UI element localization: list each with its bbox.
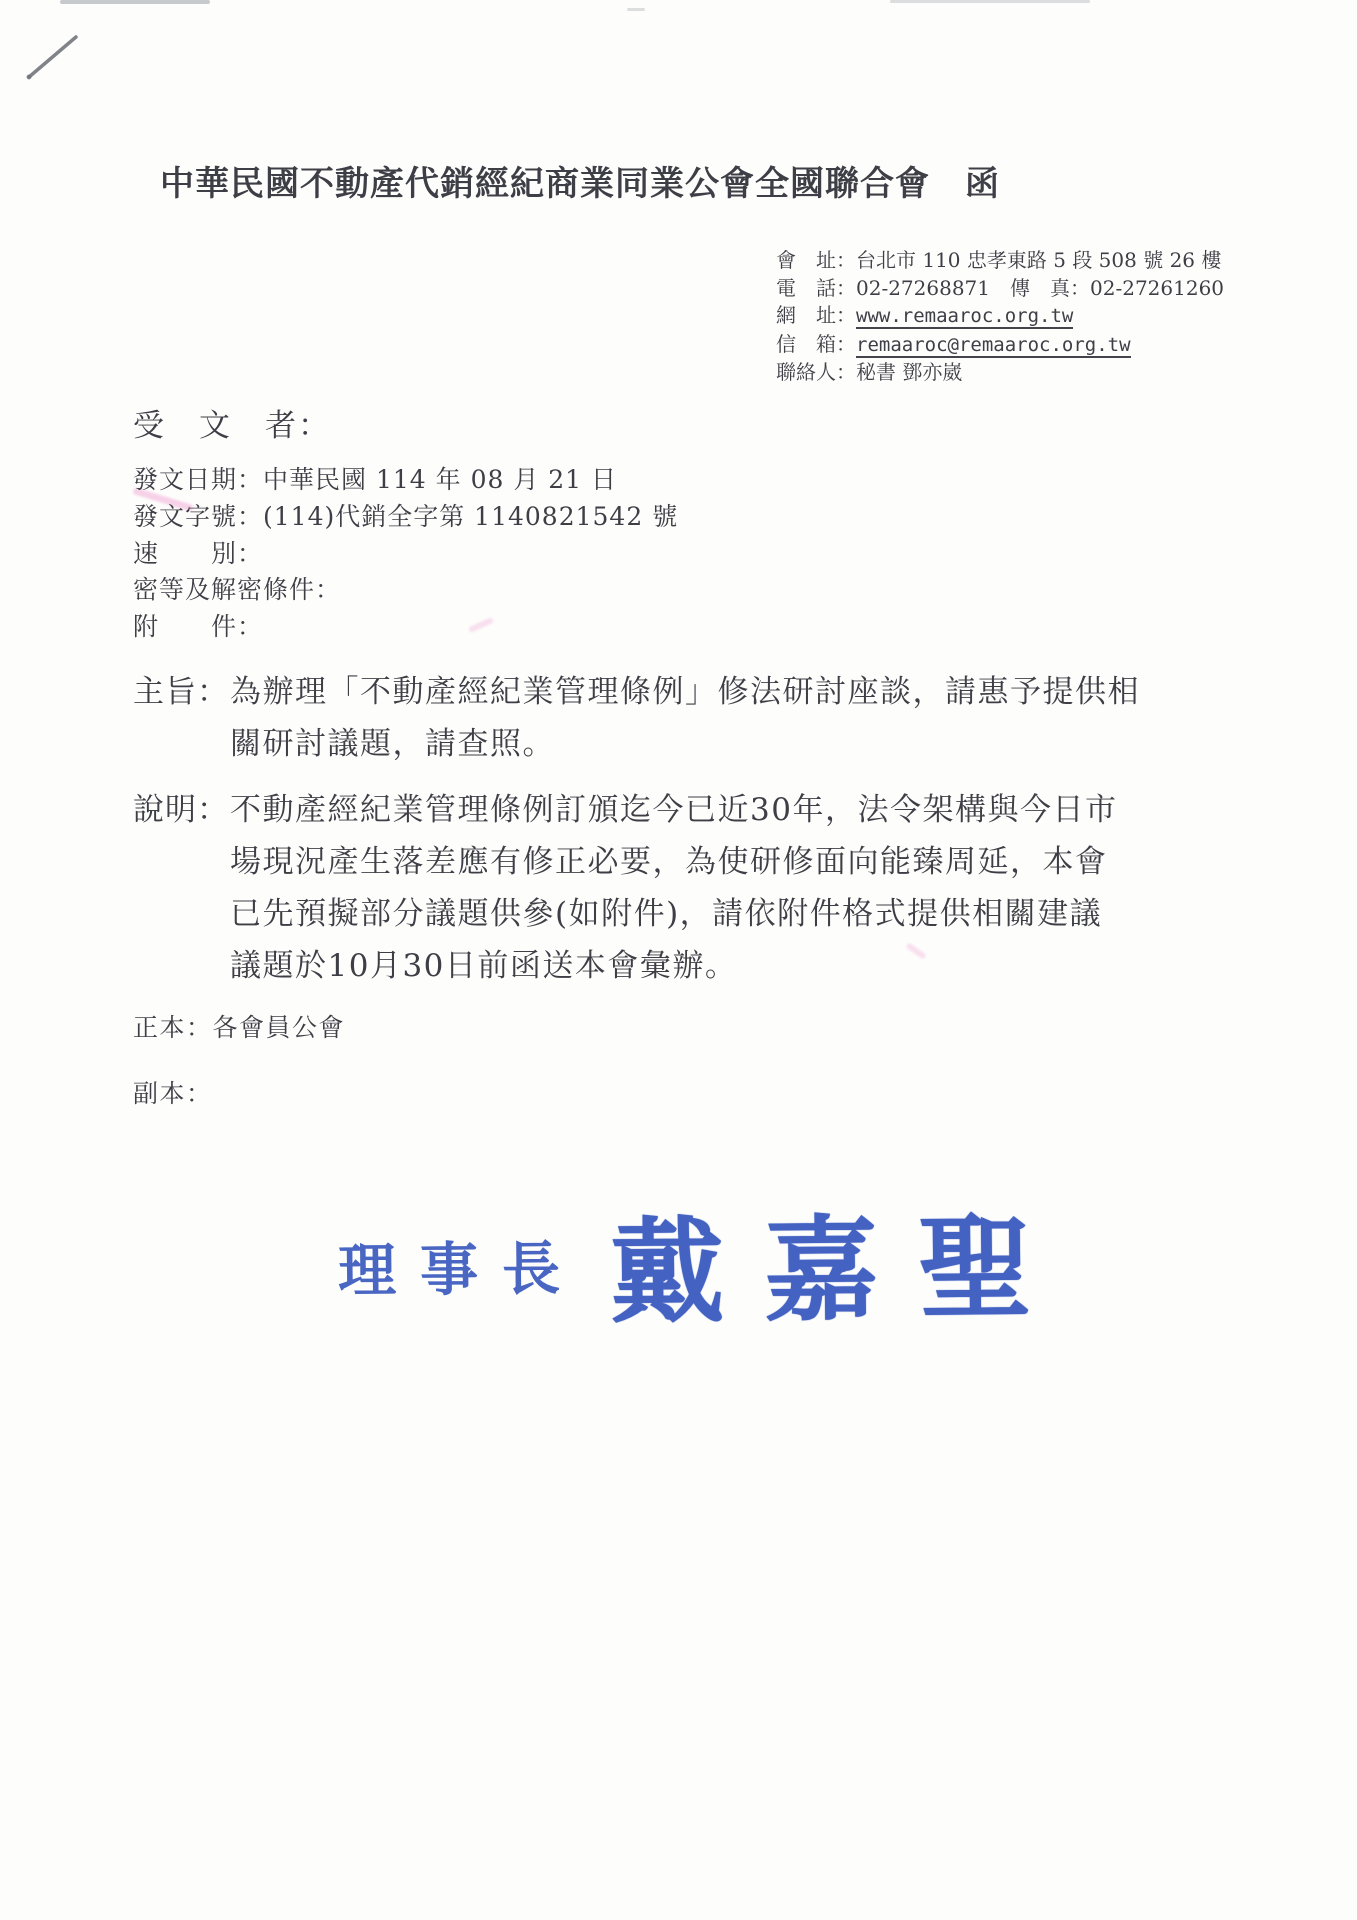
original-value: 各會員公會 [213,1013,346,1042]
email-label: 信 箱： [776,332,856,356]
subject-line: 關研討議題，請查照。 [230,718,1140,770]
contact-phone-fax-row: 電 話：02-27268871 傳 真：02-27261260 [776,275,1224,303]
copy-recipients-line: 副本： [133,1074,213,1110]
subject-line: 為辦理「不動產經紀業管理條例」修法研討座談，請惠予提供相 [230,666,1140,718]
original-label: 正本： [133,1013,213,1042]
contact-address-row: 會 址：台北市 110 忠孝東路 5 段 508 號 26 樓 [776,247,1224,275]
chairman-name-stamp: 戴嘉聖 [609,1176,1073,1345]
contact-email-row: 信 箱：remaaroc@remaaroc.org.tw [776,331,1224,360]
scan-smudge-top-left [60,0,210,4]
original-recipients-line: 正本：各會員公會 [133,1008,345,1044]
contact-person-value: 秘書 鄧亦崴 [856,360,962,384]
description-line: 已先預擬部分議題供參(如附件)，請依附件格式提供相關建議 [230,888,1117,940]
speed-label: 速 別： [133,539,263,568]
pencil-mark [0,0,120,100]
subject-block: 主旨： 為辦理「不動產經紀業管理條例」修法研討座談，請惠予提供相 關研討議題，請… [133,666,1140,770]
copy-label: 副本： [133,1079,213,1108]
contact-person-label: 聯絡人： [776,360,856,384]
website-label: 網 址： [776,303,856,327]
description-label: 說明： [133,784,230,836]
issue-date-line: 發文日期：中華民國 114 年 08 月 21 日 [133,462,678,499]
issue-date-value: 中華民國 114 年 08 月 21 日 [263,465,617,494]
contact-website-row: 網 址：www.remaaroc.org.tw [776,302,1224,331]
phone-label: 電 話： [776,276,856,300]
description-line: 不動產經紀業管理條例訂頒迄今已近30年，法令架構與今日市 [230,784,1117,836]
scanned-letter-page: 中華民國不動產代銷經紀商業同業公會全國聯合會 函 會 址：台北市 110 忠孝東… [0,0,1357,1920]
chairman-signature-stamp: 理事長 戴嘉聖 [337,1176,1073,1348]
doc-number-label: 發文字號： [133,502,263,531]
description-text: 不動產經紀業管理條例訂頒迄今已近30年，法令架構與今日市 場現況產生落差應有修正… [230,784,1117,992]
sender-contact-block: 會 址：台北市 110 忠孝東路 5 段 508 號 26 樓 電 話：02-2… [776,247,1224,387]
scan-smudge-top-center [627,8,645,11]
website-link: www.remaaroc.org.tw [856,305,1073,329]
speed-line: 速 別： [133,536,678,573]
security-line: 密等及解密條件： [133,572,678,609]
attachment-label: 附 件： [133,612,263,641]
doc-number-value: (114)代銷全字第 1140821542 號 [263,502,678,531]
phone-value: 02-27268871 [856,276,990,300]
description-line: 議題於10月30日前函送本會彙辦。 [230,940,1117,992]
doc-number-line: 發文字號：(114)代銷全字第 1140821542 號 [133,499,678,536]
fax-value: 02-27261260 [1090,276,1224,300]
subject-text: 為辦理「不動產經紀業管理條例」修法研討座談，請惠予提供相 關研討議題，請查照。 [230,666,1140,770]
metadata-block: 發文日期：中華民國 114 年 08 月 21 日 發文字號：(114)代銷全字… [133,462,678,646]
email-link: remaaroc@remaaroc.org.tw [856,334,1131,358]
document-title: 中華民國不動產代銷經紀商業同業公會全國聯合會 函 [160,156,1200,205]
address-label: 會 址： [776,248,856,272]
description-block: 說明： 不動產經紀業管理條例訂頒迄今已近30年，法令架構與今日市 場現況產生落差… [133,784,1117,992]
recipient-line: 受 文 者： [133,400,331,445]
description-line: 場現況產生落差應有修正必要，為使研修面向能臻周延，本會 [230,836,1117,888]
attachment-line: 附 件： [133,609,678,646]
chairman-title: 理事長 [338,1221,585,1308]
issue-date-label: 發文日期： [133,465,263,494]
scan-smudge-top-right [890,0,1090,3]
subject-label: 主旨： [133,666,230,718]
address-value: 台北市 110 忠孝東路 5 段 508 號 26 樓 [856,248,1221,272]
fax-label: 傳 真： [990,276,1090,300]
security-label: 密等及解密條件： [133,575,341,604]
contact-person-row: 聯絡人：秘書 鄧亦崴 [776,359,1224,387]
